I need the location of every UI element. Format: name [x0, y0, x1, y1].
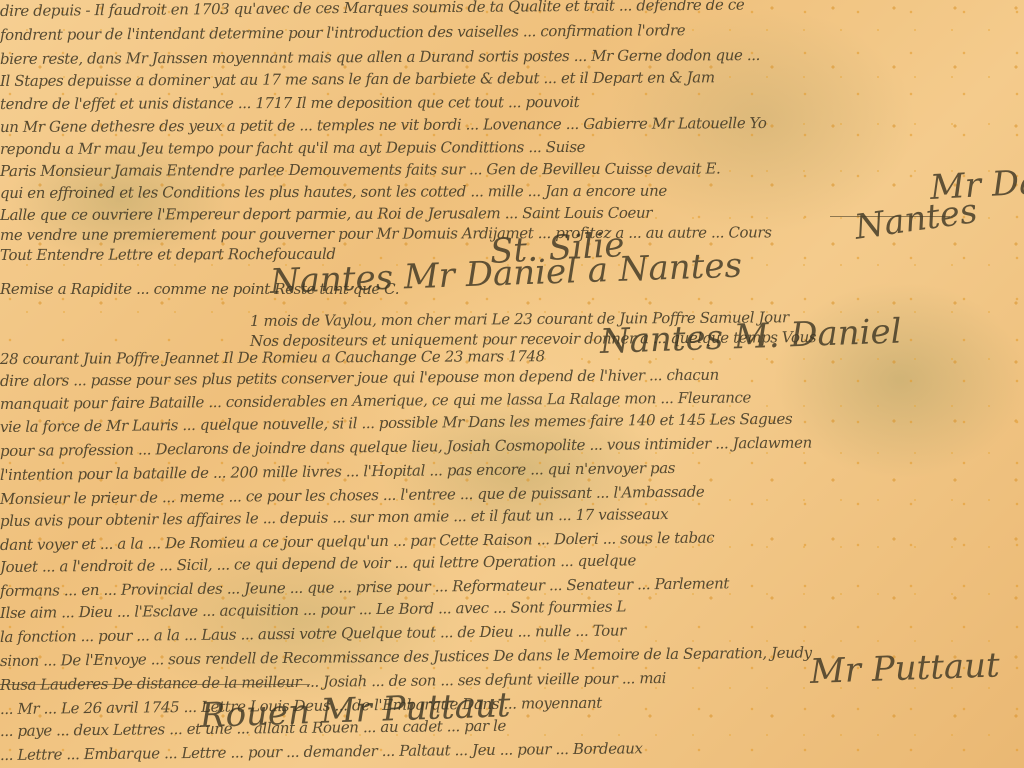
- signature: Mr Puttaut: [809, 645, 1000, 692]
- handwritten-line: repondu a Mr mau Jeu tempo pour facht qu…: [0, 138, 585, 158]
- handwritten-line: tendre de l'effet et unis distance ... 1…: [0, 93, 579, 113]
- ink-rule: [830, 216, 950, 217]
- handwritten-line: qui en effroined et les Conditions les p…: [0, 182, 667, 202]
- handwritten-line: Lalle que ce ouvriere l'Empereur deport …: [0, 204, 652, 224]
- handwritten-line: Il Stapes depuisse a dominer yat au 17 m…: [0, 68, 715, 90]
- handwritten-line: Paris Monsieur Jamais Entendre parlee De…: [0, 159, 720, 180]
- signature: Mr Daniel: [929, 159, 1024, 208]
- handwritten-line: me vendre une premierement pour gouverne…: [0, 223, 772, 244]
- signature: St. Silie: [489, 225, 626, 272]
- handwritten-line: 28 courant Juin Poffre Jeannet Il De Rom…: [0, 347, 545, 368]
- ink-rule: [0, 684, 310, 685]
